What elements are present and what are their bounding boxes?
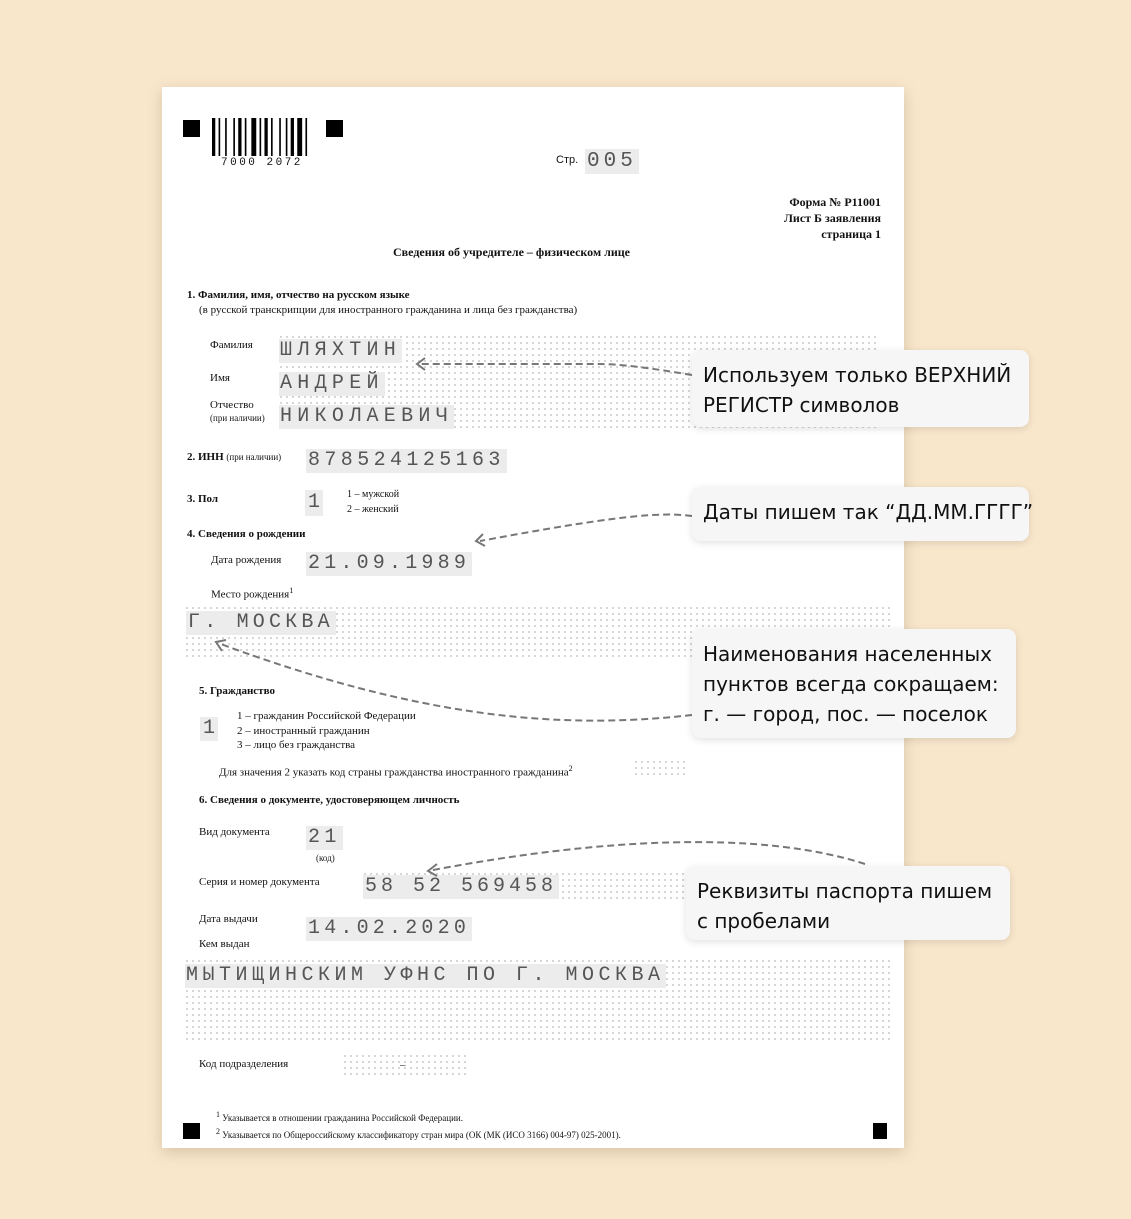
footnote-ref-1: 1 — [289, 586, 293, 595]
footnote-mark: 2 — [216, 1127, 220, 1136]
country-code-field[interactable] — [633, 759, 689, 779]
name-field[interactable]: АНДРЕЙ — [279, 372, 385, 396]
country-code-note: Для значения 2 указать код страны гражда… — [219, 767, 569, 779]
gender-option: 1 – мужской — [347, 487, 399, 502]
corner-marker-top-right — [326, 120, 343, 137]
series-label: Серия и номер документа — [199, 876, 320, 888]
section1-subheading: (в русской транскрипции для иностранного… — [199, 304, 577, 316]
citizenship-field[interactable]: 1 — [200, 717, 218, 741]
section2-heading-row: 2. ИНН (при наличии) — [187, 451, 281, 463]
birth-place-label: Место рождения — [211, 589, 289, 601]
form-page-number: страница 1 — [784, 226, 881, 242]
doc-type-note: (код) — [316, 853, 335, 863]
footnote-mark: 1 — [216, 1110, 220, 1119]
inn-field[interactable]: 878524125163 — [306, 449, 507, 473]
corner-marker-bottom-left — [183, 1123, 200, 1139]
callout-line: Реквизиты паспорта пишем — [697, 876, 999, 906]
callout-line: РЕГИСТР символов — [703, 390, 1018, 420]
barcode-number: 7000 2072 — [221, 157, 303, 169]
birth-date-label: Дата рождения — [211, 554, 281, 566]
callout-line: пунктов всегда сокращаем: — [703, 669, 1005, 699]
series-number-field[interactable]: 58 52 569458 — [363, 875, 559, 899]
citizenship-options: 1 – гражданин Российской Федерации 2 – и… — [237, 709, 416, 753]
form-header: Форма № Р11001 Лист Б заявления страница… — [784, 194, 881, 242]
callout-line: Даты пишем так “ДД.ММ.ГГГГ” — [703, 497, 1018, 527]
doc-type-field[interactable]: 21 — [306, 826, 343, 850]
page-title: Сведения об учредителе – физическом лице — [393, 245, 630, 260]
patronymic-note: (при наличии) — [210, 413, 265, 423]
gender-options: 1 – мужской 2 – женский — [347, 487, 399, 517]
section1-heading: 1. Фамилия, имя, отчество на русском язы… — [187, 289, 410, 301]
corner-marker-top-left — [183, 120, 200, 137]
citizenship-option: 2 – иностранный гражданин — [237, 724, 416, 739]
division-code-label: Код подразделения — [199, 1058, 288, 1070]
birth-place-label-row: Место рождения1 — [211, 586, 293, 601]
birth-date-field[interactable]: 21.09.1989 — [306, 552, 472, 576]
country-code-note-row: Для значения 2 указать код страны гражда… — [219, 764, 573, 779]
corner-marker-bottom-right — [873, 1123, 887, 1139]
section5-heading: 5. Гражданство — [199, 685, 275, 697]
form-page: 7000 2072 Стр. 005 Форма № Р11001 Лист Б… — [162, 87, 904, 1148]
surname-label: Фамилия — [210, 339, 253, 351]
birth-place-field[interactable]: Г. МОСКВА — [186, 611, 336, 635]
patronymic-field[interactable]: НИКОЛАЕВИЧ — [279, 405, 454, 429]
callout-uppercase: Используем только ВЕРХНИЙ РЕГИСТР символ… — [692, 350, 1029, 427]
form-number: Форма № Р11001 — [784, 194, 881, 210]
footnote-ref-2: 2 — [569, 764, 573, 773]
gender-option: 2 – женский — [347, 502, 399, 517]
section4-heading: 4. Сведения о рождении — [187, 528, 305, 540]
surname-field[interactable]: ШЛЯХТИН — [279, 339, 402, 363]
footnote-text: Указывается по Общероссийскому классифик… — [222, 1130, 621, 1140]
footnote: 2 Указывается по Общероссийскому классиф… — [216, 1125, 621, 1142]
doc-type-label: Вид документа — [199, 826, 270, 838]
issue-date-field[interactable]: 14.02.2020 — [306, 917, 472, 941]
section2-heading: 2. ИНН — [187, 451, 224, 463]
citizenship-option: 1 – гражданин Российской Федерации — [237, 709, 416, 724]
section6-heading: 6. Сведения о документе, удостоверяющем … — [199, 794, 459, 806]
callout-line: г. — город, пос. — поселок — [703, 699, 1005, 729]
callout-line: Наименования населенных — [703, 639, 1005, 669]
footnote: 1 Указывается в отношении гражданина Рос… — [216, 1108, 621, 1125]
barcode-icon — [212, 118, 312, 156]
citizenship-option: 3 – лицо без гражданства — [237, 738, 416, 753]
section3-heading: 3. Пол — [187, 493, 218, 505]
callout-passport: Реквизиты паспорта пишем с пробелами — [686, 866, 1010, 940]
gender-field[interactable]: 1 — [305, 490, 323, 516]
issued-by-field[interactable]: МЫТИЩИНСКИМ УФНС ПО Г. МОСКВА — [185, 964, 666, 988]
patronymic-label: Отчество — [210, 399, 254, 411]
footnotes: 1 Указывается в отношении гражданина Рос… — [216, 1108, 621, 1142]
callout-line: Используем только ВЕРХНИЙ — [703, 360, 1018, 390]
name-label: Имя — [210, 372, 230, 384]
page-number-label: Стр. — [556, 154, 578, 166]
issue-date-label: Дата выдачи — [199, 913, 258, 925]
footnote-text: Указывается в отношении гражданина Росси… — [222, 1113, 463, 1123]
form-sheet: Лист Б заявления — [784, 210, 881, 226]
issued-by-label: Кем выдан — [199, 938, 249, 950]
callout-localities: Наименования населенных пунктов всегда с… — [692, 629, 1016, 738]
page-number-field[interactable]: 005 — [585, 149, 639, 174]
section2-note: (при наличии) — [226, 452, 281, 462]
division-code-separator: – — [400, 1059, 406, 1071]
callout-dates: Даты пишем так “ДД.ММ.ГГГГ” — [692, 487, 1029, 541]
callout-line: с пробелами — [697, 906, 999, 936]
